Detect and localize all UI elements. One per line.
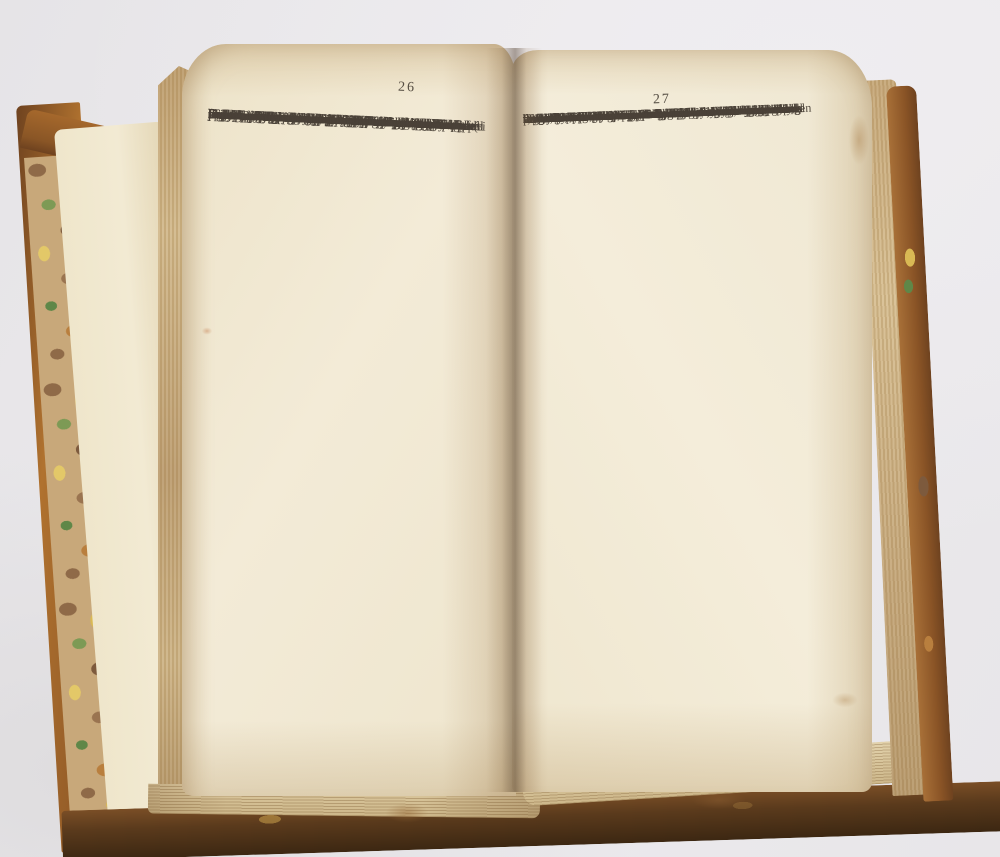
text-line: with great deference but with considerab… [208,106,476,135]
page-number-left: 26 [398,80,417,97]
book-page-left: 26 I may use the phrase, in his own mind… [182,44,516,796]
book-page-right: 27 that it is the constant course of pro… [512,50,872,792]
book-photo: 26 I may use the phrase, in his own mind… [0,0,1000,857]
